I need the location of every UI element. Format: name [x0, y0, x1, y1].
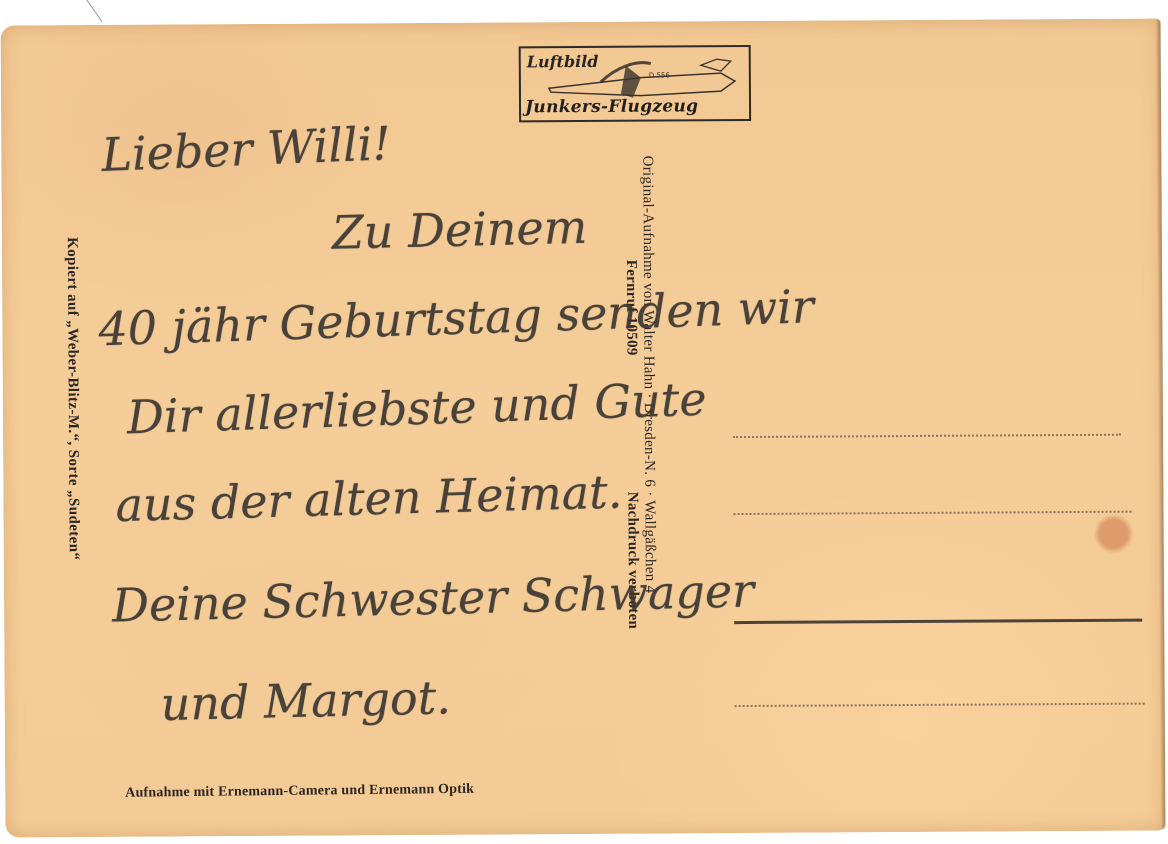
scanner-edge-line — [82, 0, 102, 22]
postcard: D 556 Luftbild Junkers-Flugzeug Kopiert … — [1, 18, 1166, 837]
handwritten-line: aus der alten Heimat. — [115, 464, 623, 532]
handwritten-signature: Deine Schwester Schwager — [111, 563, 754, 632]
handwritten-line: Dir allerliebste und Gute — [126, 372, 707, 445]
handwritten-greeting: Lieber Willi! — [100, 116, 392, 182]
paper-type-caption: Kopiert auf „Weber-Blitz-M.“, Sorte „Sud… — [63, 237, 82, 560]
address-line-1 — [733, 434, 1121, 438]
address-line-4 — [735, 703, 1145, 708]
stamp-bottom-text: Junkers-Flugzeug — [525, 96, 698, 117]
camera-caption: Aufnahme mit Ernemann-Camera und Erneman… — [125, 782, 474, 802]
card-edge-shadow — [1156, 18, 1166, 830]
handwritten-line: 40 jähr Geburtstag senden wir — [98, 279, 815, 356]
junkers-airplane-stamp: D 556 Luftbild Junkers-Flugzeug — [519, 45, 751, 122]
handwritten-signature: und Margot. — [160, 670, 451, 731]
stamp-top-text: Luftbild — [527, 52, 599, 71]
address-line-2 — [734, 511, 1132, 515]
svg-text:D 556: D 556 — [649, 71, 671, 79]
address-line-3 — [734, 619, 1142, 624]
handwritten-line: Zu Deinem — [331, 200, 588, 260]
